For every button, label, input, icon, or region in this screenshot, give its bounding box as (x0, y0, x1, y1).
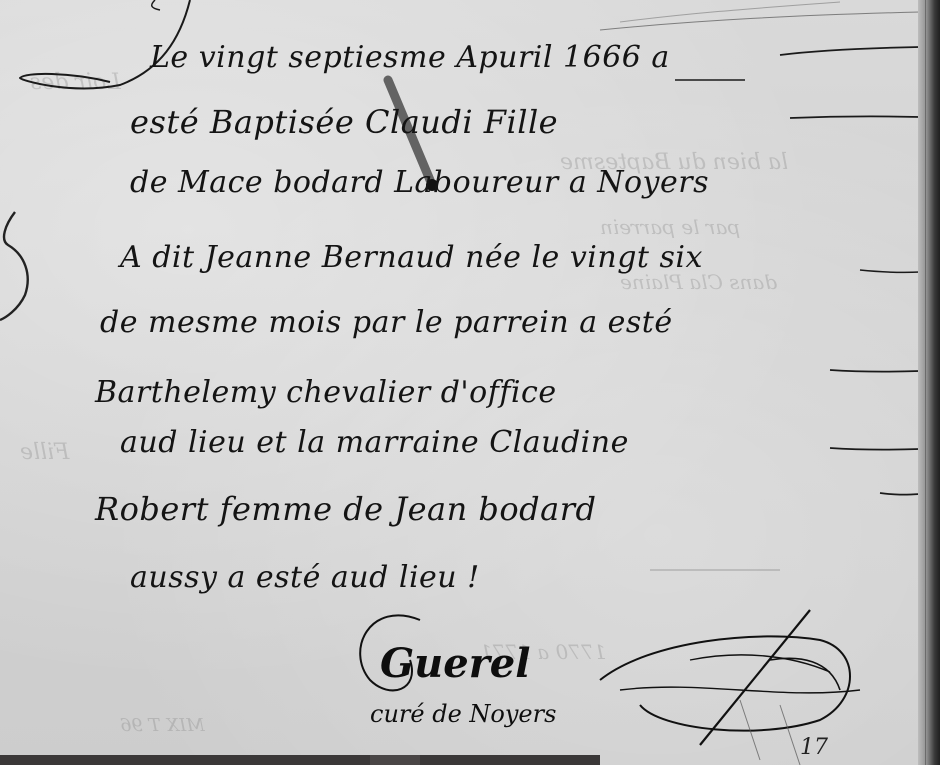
bleed-through-text: Loir des (30, 70, 121, 95)
manuscript-line-7: aud lieu et la marraine Claudine (120, 425, 629, 460)
scan-bottom-bar-segment (370, 755, 420, 765)
bleed-through-text: MIX T 96 (120, 715, 205, 736)
bleed-through-text: par le parrein (600, 215, 740, 239)
signature-title: curé de Noyers (370, 700, 556, 728)
manuscript-line-8: Robert femme de Jean bodard (95, 490, 597, 528)
manuscript-line-1: Le vingt septiesme Apuril 1666 a (150, 40, 670, 75)
manuscript-line-5: de mesme mois par le parrein a esté (100, 305, 673, 340)
bleed-through-text: Fille (20, 440, 69, 465)
corner-mark: 17 (800, 735, 828, 760)
manuscript-line-3: de Mace bodard Laboureur a Noyers (130, 165, 709, 200)
book-binding-edge (918, 0, 940, 765)
manuscript-line-9: aussy a esté aud lieu ! (130, 560, 480, 595)
manuscript-page: la bien du Baptesme par le parrein dans … (0, 0, 940, 765)
signature-name: Guerel (380, 640, 530, 687)
binding-fold-line (925, 0, 926, 765)
manuscript-line-4: A dit Jeanne Bernaud née le vingt six (120, 240, 703, 275)
manuscript-line-2: esté Baptisée Claudi Fille (130, 103, 558, 141)
manuscript-line-6: Barthelemy chevalier d'office (95, 375, 557, 410)
scan-bottom-bar (0, 755, 600, 765)
